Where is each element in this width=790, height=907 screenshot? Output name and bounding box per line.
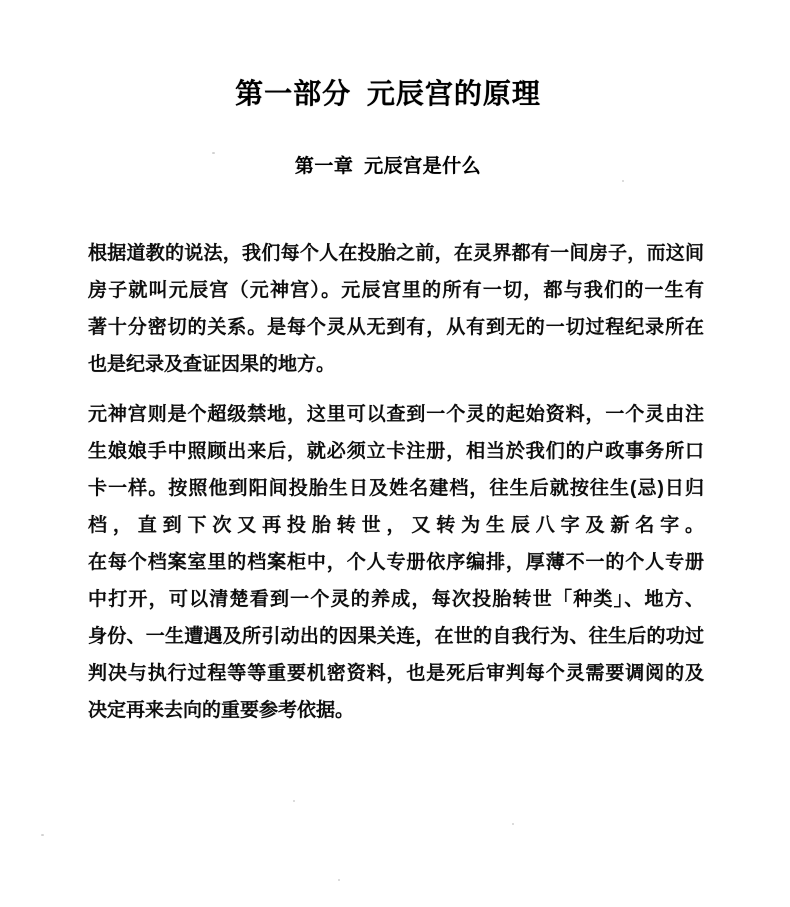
text-line: 著十分密切的关系。是每个灵从无到有，从有到无的一切过程纪录所在 — [88, 309, 704, 346]
text-line: 判决与执行过程等等重要机密资料，也是死后审判每个灵需要调阅的及 — [88, 655, 704, 692]
scan-speck — [338, 879, 340, 881]
scan-speck — [622, 180, 624, 182]
text-line: 中打开，可以清楚看到一个灵的养成，每次投胎转世「种类」、地方、 — [88, 581, 704, 618]
text-line: 元神宫则是个超级禁地，这里可以查到一个灵的起始资料，一个灵由注 — [88, 396, 704, 433]
text-line: 决定再来去向的重要参考依据。 — [88, 692, 704, 729]
part-title: 第一部分 元辰宫的原理 — [0, 74, 776, 114]
text-line: 在每个档案室里的档案柜中，个人专册依序编排，厚薄不一的个人专册 — [88, 544, 704, 581]
scan-speck — [512, 823, 514, 825]
scan-speck — [41, 834, 44, 836]
text-line: 卡一样。按照他到阳间投胎生日及姓名建档，往生后就按往生(忌)日归 — [88, 470, 704, 507]
text-line: 身份、一生遭遇及所引动出的因果关连，在世的自我行为、往生后的功过 — [88, 618, 704, 655]
scan-speck — [212, 152, 215, 154]
document-page: 第一部分 元辰宫的原理 第一章 元辰宫是什么 根据道教的说法，我们每个人在投胎之… — [0, 0, 790, 907]
text-line: 档，直到下次又再投胎转世，又转为生辰八字及新名字。 — [88, 507, 704, 544]
chapter-title: 第一章 元辰宫是什么 — [0, 150, 776, 184]
body-text: 根据道教的说法，我们每个人在投胎之前，在灵界都有一间房子，而这间 房子就叫元辰宫… — [88, 235, 704, 729]
text-line: 也是纪录及查证因果的地方。 — [88, 346, 704, 383]
text-line: 根据道教的说法，我们每个人在投胎之前，在灵界都有一间房子，而这间 — [88, 235, 704, 272]
paragraph-1: 根据道教的说法，我们每个人在投胎之前，在灵界都有一间房子，而这间 房子就叫元辰宫… — [88, 235, 704, 383]
text-line: 房子就叫元辰宫（元神宫）。元辰宫里的所有一切，都与我们的一生有 — [88, 272, 704, 309]
scan-speck — [293, 800, 295, 802]
paragraph-2: 元神宫则是个超级禁地，这里可以查到一个灵的起始资料，一个灵由注 生娘娘手中照顾出… — [88, 396, 704, 729]
text-line: 生娘娘手中照顾出来后，就必须立卡注册，相当於我们的户政事务所口 — [88, 433, 704, 470]
